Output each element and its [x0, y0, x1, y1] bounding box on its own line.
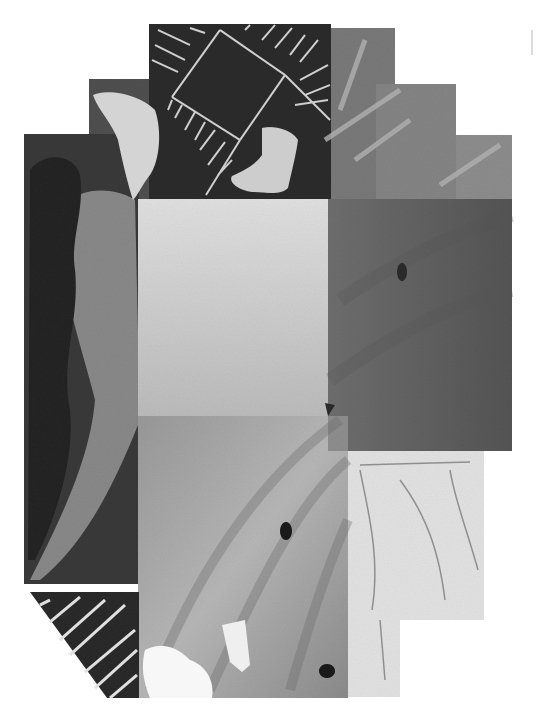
panel-center-light	[138, 199, 328, 416]
dark-blot-3	[397, 263, 407, 281]
collage-canvas	[0, 0, 549, 715]
collage-artwork	[0, 0, 549, 715]
dark-blot-1	[280, 522, 292, 540]
dark-blot-2	[319, 664, 335, 678]
panel-lower-right	[348, 451, 484, 697]
